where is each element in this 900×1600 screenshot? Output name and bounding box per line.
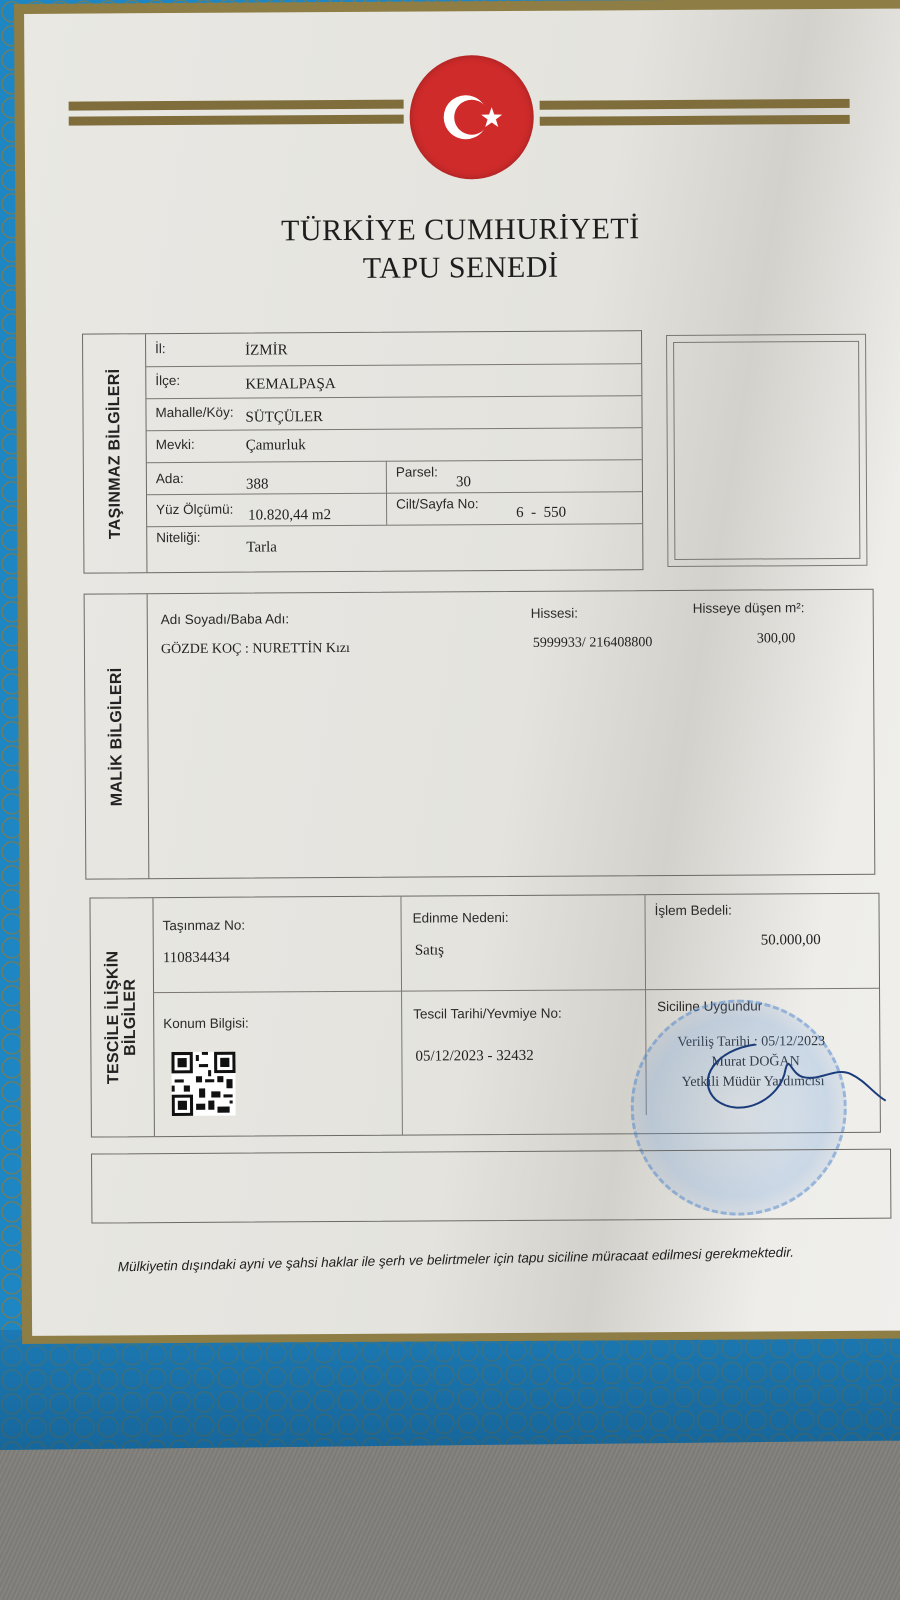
- row-niteligi: Niteliği: Tarla: [146, 523, 642, 572]
- title-line-1: TÜRKİYE CUMHURİYETİ: [25, 209, 895, 252]
- row-mevki: Mevki: Çamurluk: [146, 427, 642, 463]
- edinme-label: Edinme Nedeni:: [413, 910, 509, 926]
- yuz-olcumu-label: Yüz Ölçümü:: [156, 502, 233, 517]
- islem-bedeli-value: 50.000,00: [761, 932, 821, 949]
- parsel-label: Parsel:: [396, 464, 438, 479]
- fabric-background: [0, 1440, 900, 1600]
- row-yuzolcumu-cilt: Yüz Ölçümü: 10.820,44 m2 Cilt/Sayfa No: …: [146, 491, 642, 527]
- header-stripe: [69, 115, 404, 126]
- tasinmaz-no-value: 110834434: [163, 950, 230, 967]
- konum-label: Konum Bilgisi:: [163, 1016, 249, 1032]
- owner-row: GÖZDE KOÇ : NURETTİN Kızı 5999933/ 21640…: [85, 590, 873, 595]
- ilce-value: KEMALPAŞA: [245, 376, 335, 394]
- gold-frame: TÜRKİYE CUMHURİYETİ TAPU SENEDİ TAŞINMAZ…: [14, 0, 900, 1344]
- section-label: TESCİLE İLİŞKİN BİLGİLER: [90, 898, 154, 1136]
- cilt-sayfa-label: Cilt/Sayfa No:: [396, 496, 479, 512]
- islem-bedeli-label: İşlem Bedeli:: [655, 903, 732, 918]
- footer-note: Mülkiyetin dışındaki ayni ve şahsi hakla…: [118, 1242, 900, 1274]
- yuz-olcumu-value: 10.820,44 m2: [248, 507, 331, 525]
- header-stripe: [540, 99, 850, 110]
- row-ada-parsel: Ada: 388 Parsel: 30: [146, 459, 642, 495]
- owner-name: GÖZDE KOÇ : NURETTİN Kızı: [161, 641, 350, 658]
- row-ilce: İlçe: KEMALPAŞA: [145, 363, 641, 399]
- ada-value: 388: [246, 476, 269, 493]
- il-value: İZMİR: [245, 342, 288, 359]
- parsel-value: 30: [456, 474, 471, 491]
- divider: [386, 493, 387, 525]
- header-stripe: [69, 100, 404, 111]
- mevki-value: Çamurluk: [246, 437, 306, 454]
- niteligi-value: Tarla: [246, 539, 277, 556]
- photo-frame: [666, 334, 867, 567]
- tasinmaz-no-label: Taşınmaz No:: [163, 918, 246, 934]
- divider: [400, 897, 402, 1135]
- mevki-label: Mevki:: [156, 437, 195, 452]
- tescil-tarihi-value: 05/12/2023 - 32432: [415, 1048, 533, 1066]
- title-line-2: TAPU SENEDİ: [26, 247, 896, 290]
- mahalle-value: SÜTÇÜLER: [245, 409, 323, 426]
- qr-code-icon[interactable]: [171, 1052, 235, 1116]
- area-header: Hisseye düşen m²:: [693, 600, 805, 616]
- share-header: Hissesi:: [531, 606, 578, 621]
- tescil-tarihi-label: Tescil Tarihi/Yevmiye No:: [413, 1006, 562, 1022]
- mahalle-label: Mahalle/Köy:: [155, 405, 233, 420]
- row-mahalle: Mahalle/Köy: SÜTÇÜLER: [145, 395, 641, 431]
- ilce-label: İlçe:: [155, 373, 180, 388]
- owner-share: 5999933/ 216408800: [533, 635, 652, 652]
- cilt-sayfa-value: 6 - 550: [516, 505, 566, 522]
- document-title: TÜRKİYE CUMHURİYETİ TAPU SENEDİ: [25, 209, 895, 290]
- annotations-box: [91, 1149, 891, 1224]
- divider: [386, 461, 387, 493]
- owner-area: 300,00: [757, 631, 796, 647]
- signature-icon: [685, 1039, 895, 1120]
- header-stripe: [540, 115, 850, 126]
- deed-paper: TÜRKİYE CUMHURİYETİ TAPU SENEDİ TAŞINMAZ…: [24, 9, 900, 1336]
- name-header: Adı Soyadı/Baba Adı:: [161, 611, 289, 627]
- owner-info-section: MALİK BİLGİLERİ Adı Soyadı/Baba Adı: His…: [84, 589, 876, 880]
- section-label: TAŞINMAZ BİLGİLERİ: [83, 334, 147, 572]
- niteligi-label: Niteliği:: [156, 530, 200, 545]
- row-divider: [153, 988, 879, 993]
- il-label: İl:: [155, 341, 166, 356]
- ada-label: Ada:: [156, 471, 184, 486]
- property-info-section: TAŞINMAZ BİLGİLERİ İl: İZMİR İlçe: KEMAL…: [82, 330, 643, 573]
- section-label: MALİK BİLGİLERİ: [85, 594, 150, 878]
- row-il: İl: İZMİR: [145, 331, 641, 367]
- edinme-value: Satış: [415, 942, 444, 959]
- crescent-star-emblem-icon: [409, 55, 534, 180]
